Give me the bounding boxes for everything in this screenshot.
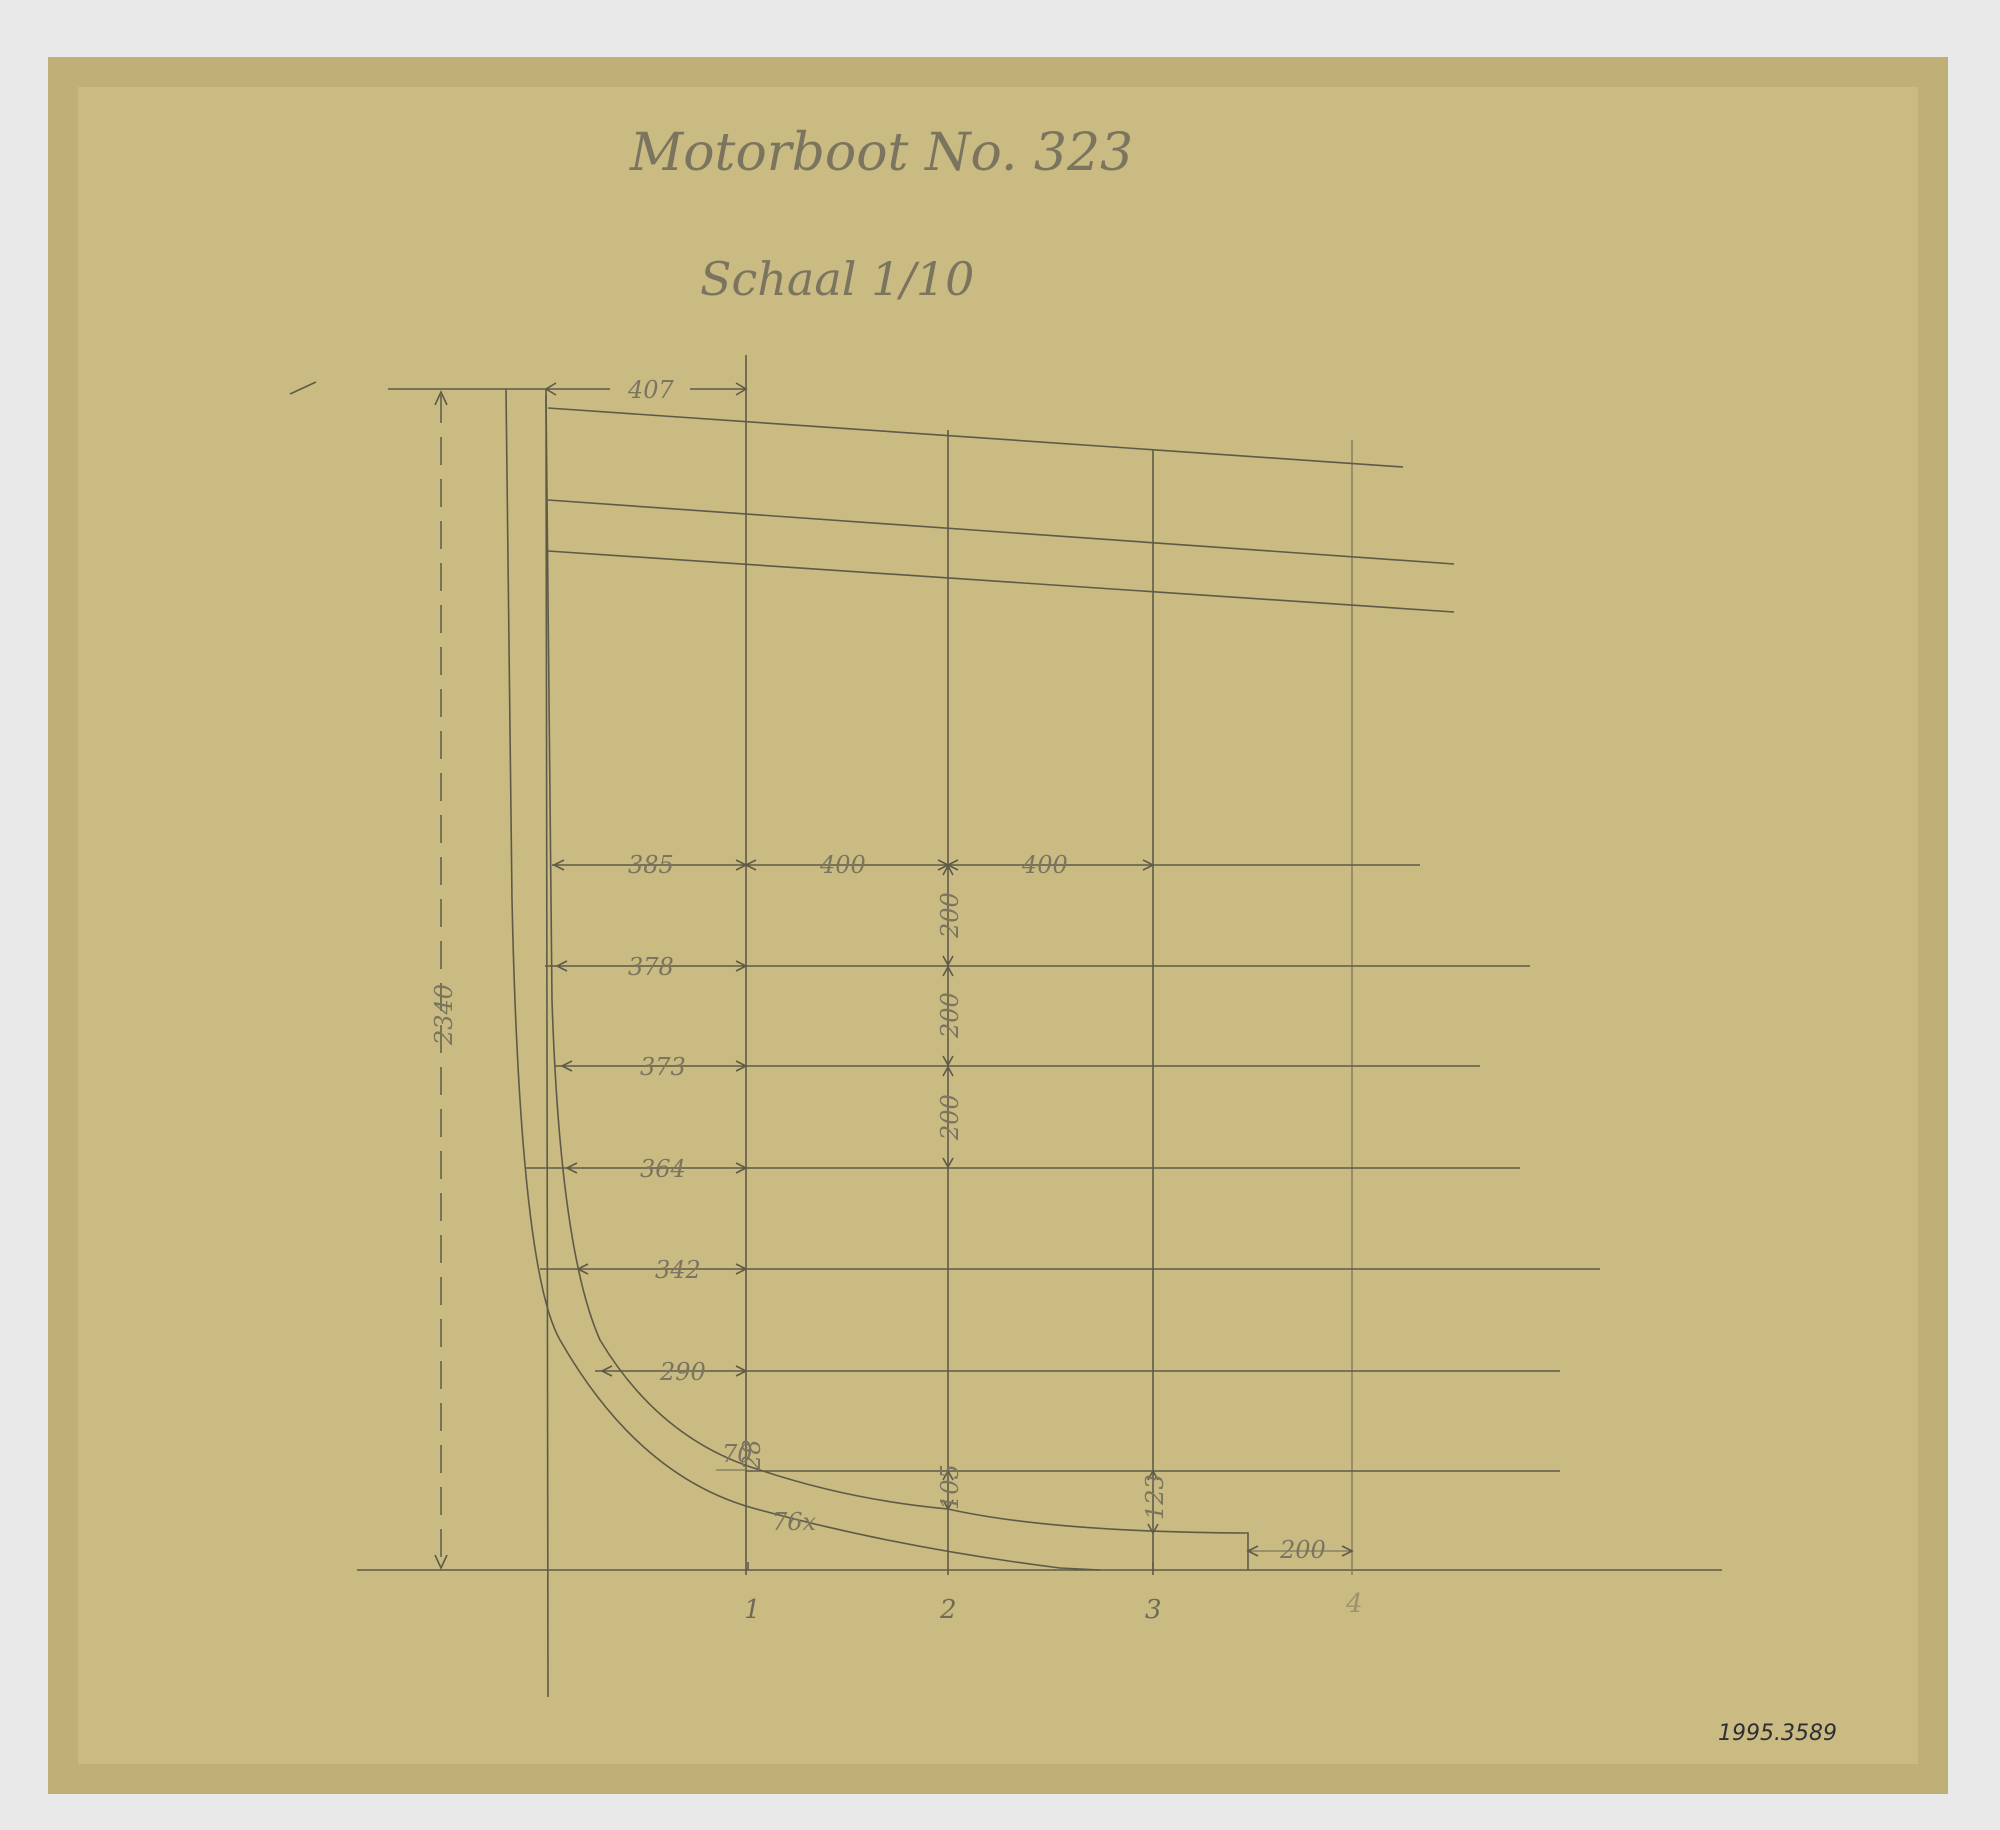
drawing-title: Motorboot No. 323 — [629, 123, 1133, 183]
station-numbers: 1 2 3 4 — [744, 1562, 1363, 1625]
sheer-lines — [548, 408, 1454, 612]
scale-label: Schaal 1/10 — [700, 252, 974, 306]
catalog-number: 1995.3589 — [1718, 1721, 1837, 1746]
wl-label: 290 — [659, 1358, 706, 1386]
station-label: 2 — [939, 1595, 957, 1625]
keel-depth-label: 123 — [1141, 1474, 1169, 1520]
station-label: 1 — [744, 1595, 761, 1625]
knuckle-label: 28 — [738, 1439, 766, 1471]
wl-label: 364 — [640, 1155, 686, 1183]
hull-outer-line — [506, 389, 1100, 1570]
station-spacing-label: 400 — [1021, 851, 1068, 879]
waterline-arrows — [554, 860, 1153, 1376]
station-label: 3 — [1145, 1595, 1162, 1625]
wl-label: 342 — [655, 1256, 701, 1284]
keel-depth-label: 105 — [936, 1464, 964, 1510]
wl-label: 373 — [640, 1053, 686, 1081]
height-label: 2340 — [430, 984, 458, 1046]
hull-section-drawing: Motorboot No. 323 Schaal 1/10 407 2340 — [0, 0, 2000, 1830]
wl-label: 378 — [628, 953, 674, 981]
half-breadth-labels: 385 378 373 364 342 290 400 400 200 200 … — [628, 851, 1068, 1386]
plank-label: 76x — [772, 1508, 817, 1536]
station-lines — [746, 355, 1352, 1575]
top-offset-label: 407 — [627, 376, 675, 404]
wl-spacing-label: 200 — [936, 1094, 964, 1141]
wl-label: 385 — [628, 851, 674, 879]
stray-mark — [290, 382, 316, 394]
height-dimension: 2340 — [430, 392, 458, 1568]
station-label: 4 — [1345, 1589, 1363, 1619]
wl-spacing-label: 200 — [936, 892, 964, 939]
keel-extension-label: 200 — [1279, 1536, 1326, 1564]
wl-spacing-label: 200 — [936, 992, 964, 1039]
keel-details: 70 28 76x 105 123 200 — [716, 1439, 1352, 1564]
station-spacing-label: 400 — [819, 851, 866, 879]
hull-inner-line — [546, 395, 1248, 1570]
